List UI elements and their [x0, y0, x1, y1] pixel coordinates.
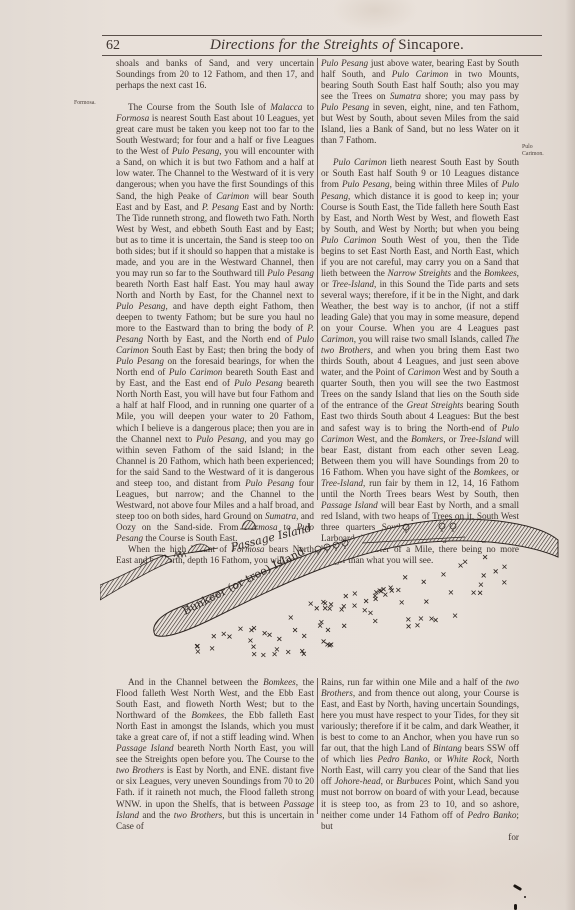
margin-note-line: Carimon.: [522, 151, 544, 158]
paragraph: Pulo Pesang just above water, bearing Ea…: [321, 58, 519, 146]
paragraph: Rains, run far within one Mile and a hal…: [321, 677, 519, 832]
column-left-top: shoals and banks of Sand, and very uncer…: [116, 58, 314, 566]
margin-note-pulo-carimon: Pulo Carimon.: [522, 144, 544, 158]
bankeer-island-shape: [154, 519, 558, 636]
paragraph: And in the Channel between the Bomkees, …: [116, 677, 314, 832]
page-edge-shadow: [565, 0, 575, 910]
column-right-top: Pulo Pesang just above water, bearing Ea…: [321, 58, 519, 566]
paragraph: shoals and banks of Sand, and very uncer…: [116, 58, 314, 91]
header-rule-top: [102, 35, 542, 36]
shoal-crosses: [195, 555, 506, 657]
column-divider: [317, 58, 318, 500]
column-divider: [317, 678, 318, 814]
ink-blot: [514, 904, 517, 910]
column-right-bottom: Rains, run far within one Mile and a hal…: [321, 677, 519, 843]
coastline-left: [100, 544, 218, 600]
header-rule-bottom: [102, 55, 542, 56]
page-number: 62: [106, 38, 120, 54]
passage-island-mark: [240, 520, 258, 529]
ink-blot: [524, 896, 526, 898]
running-title-italic: Directions for the Streights of: [210, 37, 394, 53]
catchword: for: [321, 832, 519, 843]
column-left-bottom: And in the Channel between the Bomkees, …: [116, 677, 314, 832]
chart-engraving-bankeer-island: Passage Island Bunkeer (or tree) Island: [100, 515, 560, 680]
margin-note-formosa: Formosa.: [74, 100, 96, 107]
margin-note-line: Pulo: [522, 144, 544, 151]
running-title-roman: Sincapore.: [398, 37, 464, 53]
running-title: Directions for the Streights of Sincapor…: [210, 37, 464, 54]
paragraph-formosa: The Course from the South Isle of Malacc…: [116, 102, 314, 544]
paragraph-pulo-carimon: Pulo Carimon lieth nearest South East by…: [321, 157, 519, 566]
